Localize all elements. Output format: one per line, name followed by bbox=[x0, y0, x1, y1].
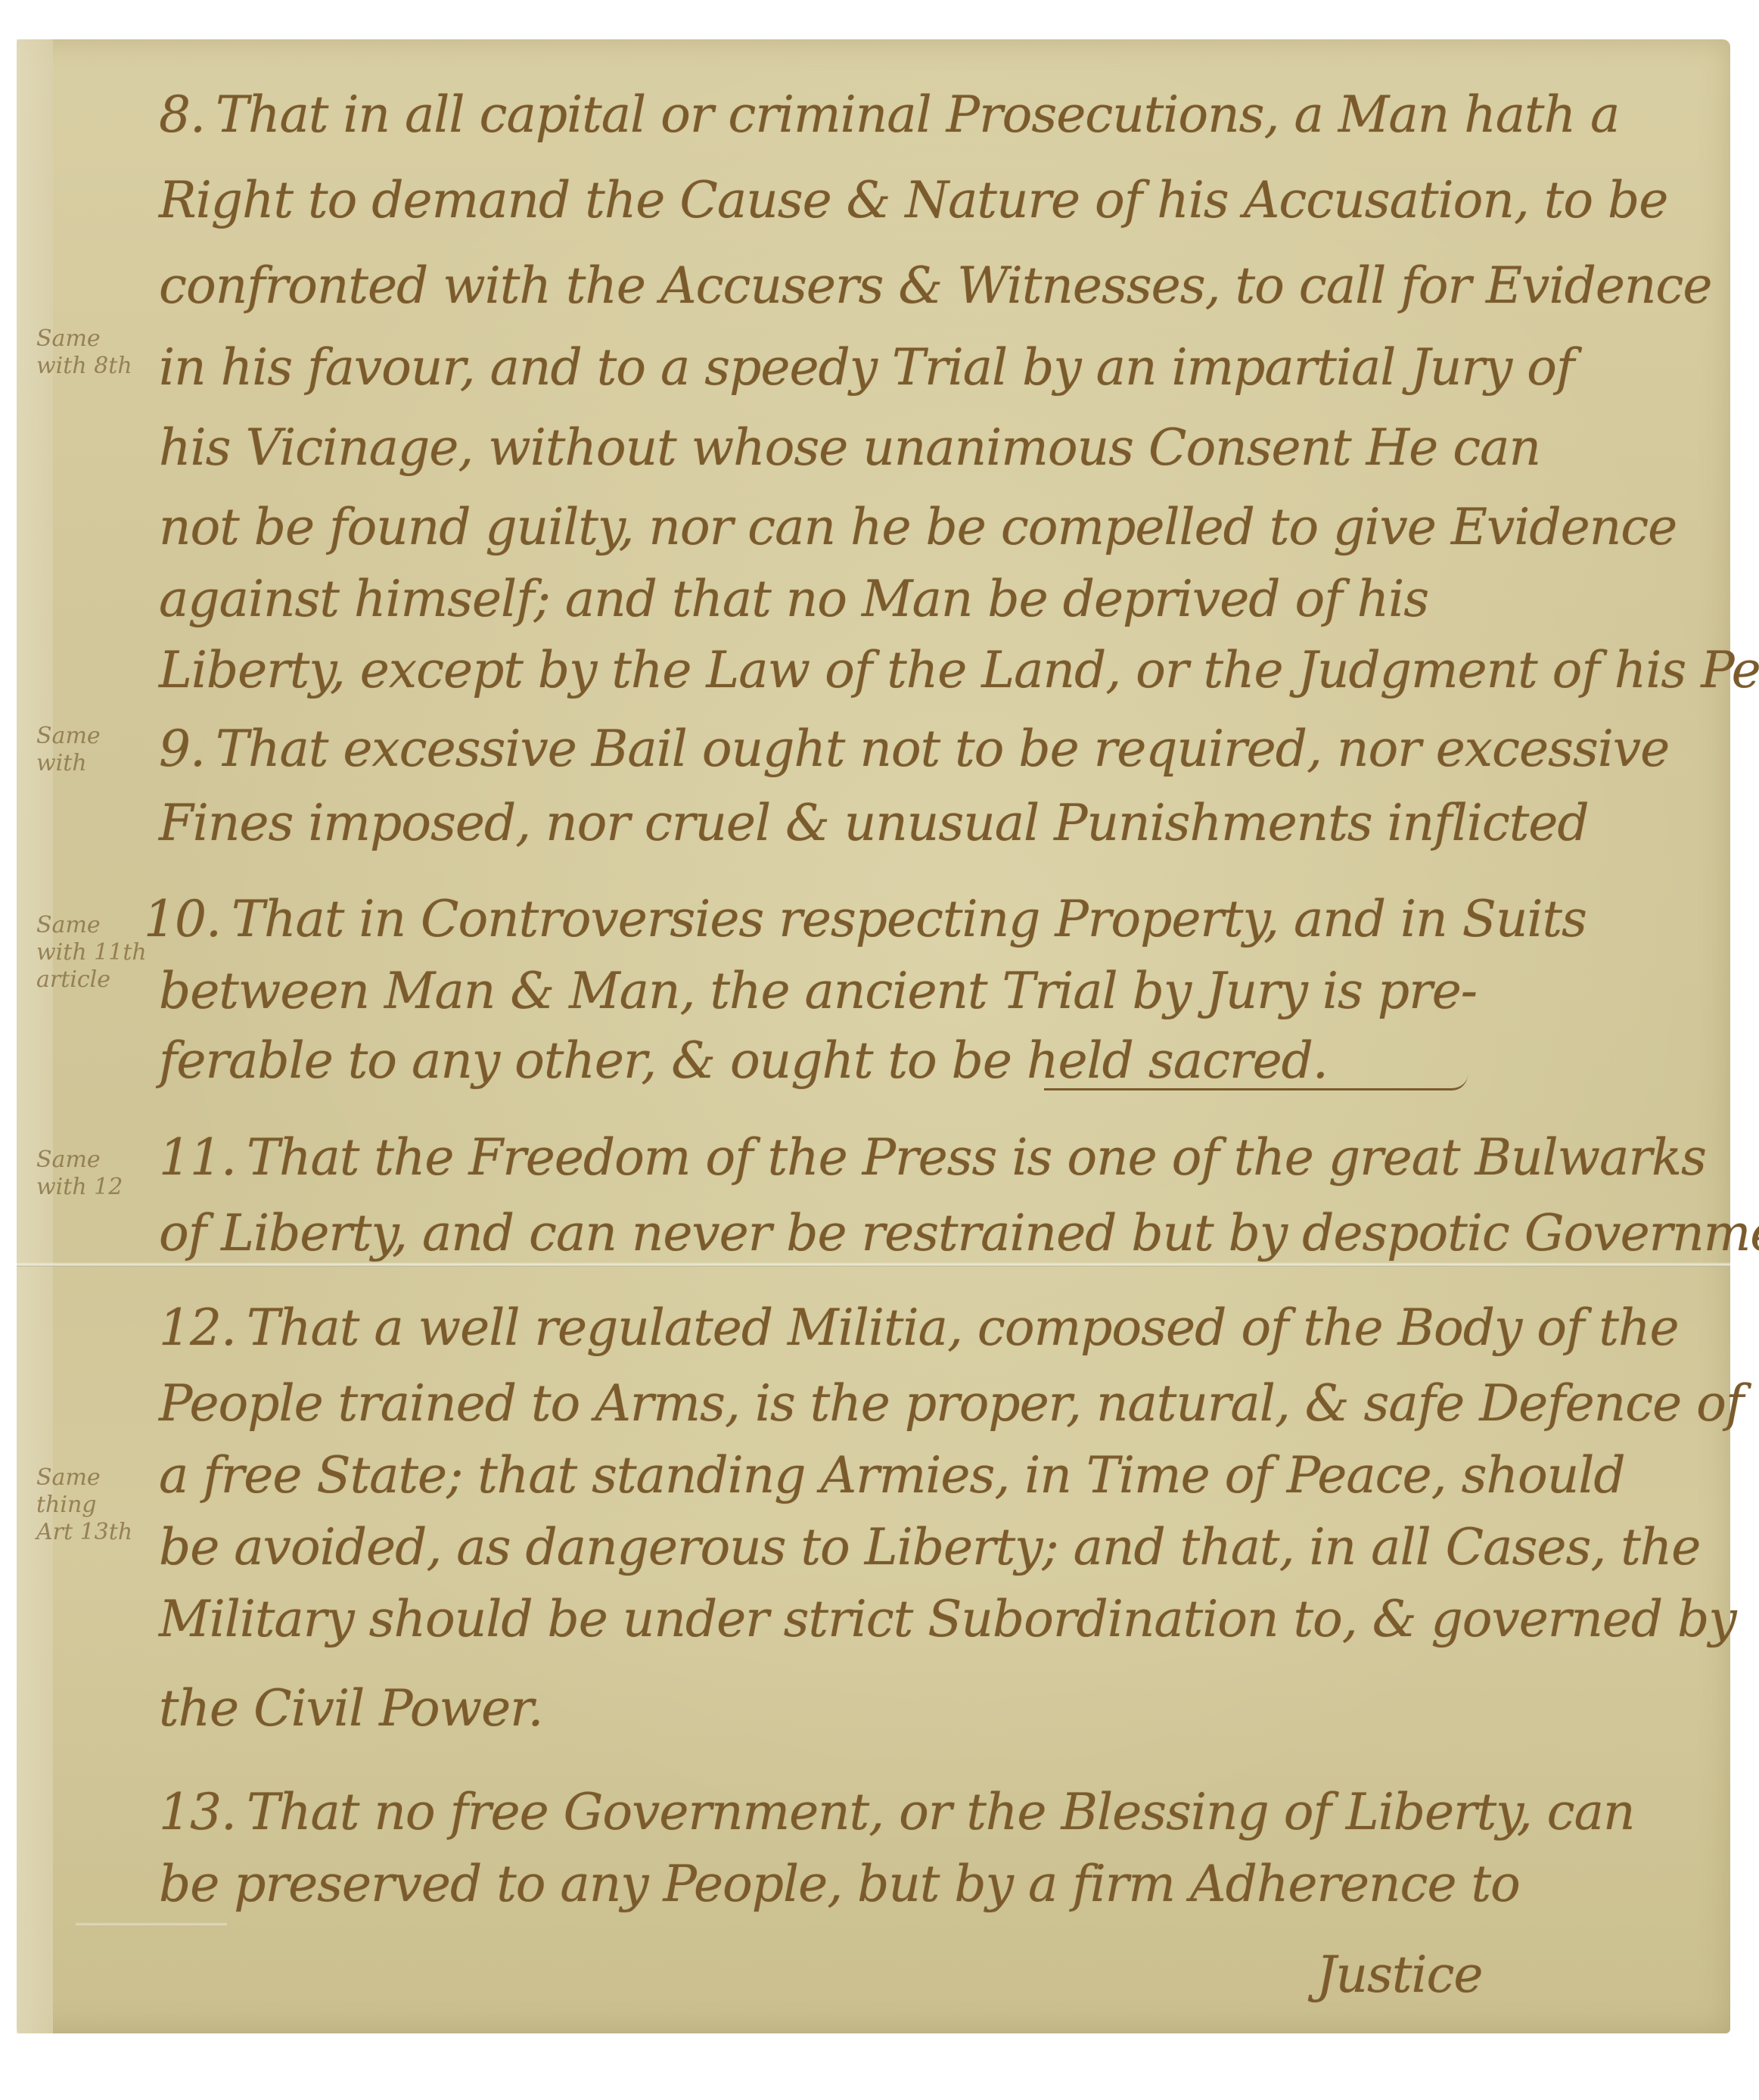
article-13-catchword: Justice bbox=[1316, 1945, 1619, 2005]
margin-note-2: Same with bbox=[36, 723, 150, 777]
margin-note-4: Same with 12 bbox=[36, 1146, 150, 1201]
article-8-line-5: his Vicinage, without whose unanimous Co… bbox=[159, 418, 1717, 478]
article-12-line-4: be avoided, as dangerous to Liberty; and… bbox=[159, 1517, 1717, 1578]
margin-note-5: Same thing Art 13th bbox=[36, 1464, 150, 1546]
article-number: 10. bbox=[144, 890, 221, 948]
article-10-line-1: 10.That in Controversies respecting Prop… bbox=[144, 889, 1702, 950]
article-12-line-1: 12.That a well regulated Militia, compos… bbox=[159, 1298, 1717, 1358]
article-9-line-1: 9.That excessive Bail ought not to be re… bbox=[159, 719, 1717, 779]
article-8-line-6: not be found guilty, nor can he be compe… bbox=[159, 497, 1717, 558]
article-9-line-2: Fines imposed, nor cruel & unusual Punis… bbox=[159, 793, 1717, 854]
article-number: 9. bbox=[159, 720, 205, 778]
article-8-line-1: 8.That in all capital or criminal Prosec… bbox=[159, 85, 1717, 145]
article-12-line-3: a free State; that standing Armies, in T… bbox=[159, 1445, 1717, 1506]
article-12-line-5: Military should be under strict Subordin… bbox=[159, 1589, 1717, 1650]
article-number: 12. bbox=[159, 1299, 236, 1357]
article-10-line-2: between Man & Man, the ancient Trial by … bbox=[159, 961, 1717, 1022]
article-11-line-1: 11.That the Freedom of the Press is one … bbox=[159, 1128, 1717, 1188]
tear-mark bbox=[76, 1922, 227, 1927]
article-8-line-3: confronted with the Accusers & Witnesses… bbox=[159, 256, 1717, 316]
article-12-line-2: People trained to Arms, is the proper, n… bbox=[159, 1374, 1717, 1434]
margin-note-1: Same with 8th bbox=[36, 325, 150, 380]
article-13-line-1: 13.That no free Government, or the Bless… bbox=[159, 1782, 1717, 1843]
article-number: 11. bbox=[159, 1128, 236, 1187]
article-number: 13. bbox=[159, 1783, 236, 1841]
article-8-line-7: against himself; and that no Man be depr… bbox=[159, 569, 1717, 630]
margin-note-3: Same with 11th article bbox=[36, 912, 150, 994]
article-8-line-2: Right to demand the Cause & Nature of hi… bbox=[159, 170, 1717, 231]
article-number: 8. bbox=[159, 86, 205, 144]
article-13-line-2: be preserved to any People, but by a fir… bbox=[159, 1854, 1717, 1915]
flourish-underline bbox=[1044, 1075, 1468, 1090]
article-8-line-4: in his favour, and to a speedy Trial by … bbox=[159, 338, 1717, 398]
article-11-line-2: of Liberty, and can never be restrained … bbox=[159, 1203, 1717, 1264]
article-10-line-3: ferable to any other, & ought to be held… bbox=[159, 1031, 1717, 1091]
article-8-line-8: Liberty, except by the Law of the Land, … bbox=[159, 640, 1717, 701]
article-12-line-6: the Civil Power. bbox=[159, 1678, 1717, 1739]
